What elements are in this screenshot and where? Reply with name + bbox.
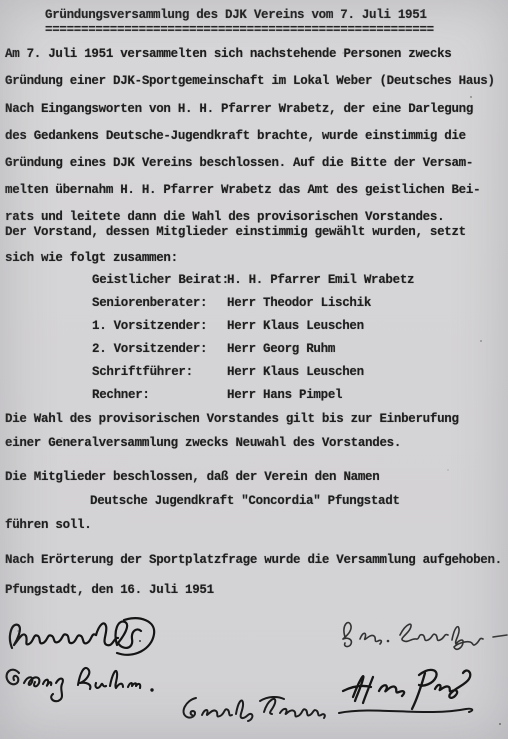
club-name-paragraph: Die Mitglieder beschlossen, daß der Vere…	[5, 465, 400, 537]
board-row: Rechner: Herr Hans Pimpel	[92, 384, 414, 407]
board-role: Seniorenberater:	[92, 292, 227, 315]
title-underline-rule: ========================================…	[45, 23, 434, 37]
board-row: Schriftführer: Herr Klaus Leuschen	[92, 361, 414, 384]
paragraph-line: führen soll.	[5, 513, 400, 537]
scanned-document: Gründungsversammlung des DJK Vereins vom…	[0, 0, 508, 739]
opening-paragraph: Nach Eingangsworten von H. H. Pfarrer Wr…	[5, 96, 480, 231]
board-list: Geistlicher Beirat: H. H. Pfarrer Emil W…	[92, 269, 414, 407]
election-validity-paragraph: Die Wahl des provisorischen Vorstandes g…	[5, 407, 459, 455]
dateline-text: Pfungstadt, den 16. Juli 1951	[5, 580, 214, 600]
intro-paragraph: Am 7. Juli 1951 versammelten sich nachst…	[5, 41, 495, 95]
paragraph-line: sich wie folgt zusammen:	[5, 245, 466, 271]
board-row: Geistlicher Beirat: H. H. Pfarrer Emil W…	[92, 269, 414, 292]
board-member-name: Herr Hans Pimpel	[227, 384, 342, 407]
board-row: Seniorenberater: Herr Theodor Lischik	[92, 292, 414, 315]
paragraph-line: melten übernahm H. H. Pfarrer Wrabetz da…	[5, 177, 480, 204]
board-row: 2. Vorsitzender: Herr Georg Ruhm	[92, 338, 414, 361]
closing-paragraph: Nach Erörterung der Sportplatzfrage wurd…	[5, 550, 502, 570]
board-member-name: Herr Klaus Leuschen	[227, 361, 364, 384]
club-name-line: Deutsche Jugendkraft "Concordia" Pfungst…	[5, 489, 400, 513]
paragraph-line: Die Mitglieder beschlossen, daß der Vere…	[5, 465, 400, 489]
dateline: Pfungstadt, den 16. Juli 1951	[5, 580, 214, 600]
board-role: 2. Vorsitzender:	[92, 338, 227, 361]
signature-klaus-leuschen	[330, 612, 508, 656]
board-member-name: Herr Georg Ruhm	[227, 338, 335, 361]
board-role: Rechner:	[92, 384, 227, 407]
board-intro-paragraph: Der Vorstand, dessen Mitglieder einstimm…	[5, 219, 466, 271]
closing-line: Nach Erörterung der Sportplatzfrage wurd…	[5, 550, 502, 570]
board-member-name: Herr Theodor Lischik	[227, 292, 371, 315]
paragraph-line: Am 7. Juli 1951 versammelten sich nachst…	[5, 41, 495, 68]
paragraph-line: einer Generalversammlung zwecks Neuwahl …	[5, 431, 459, 455]
signature-georg-ruhm	[2, 656, 172, 704]
signature-hans-pimpel	[330, 658, 494, 722]
paragraph-line: Gründung einer DJK-Sportgemeinschaft im …	[5, 68, 495, 95]
board-role: Geistlicher Beirat:	[92, 269, 227, 292]
signature-lischik-theodor	[174, 686, 342, 734]
paragraph-line: Gründung eines DJK Vereins beschlossen. …	[5, 150, 480, 177]
paragraph-line: des Gedankens Deutsche-Jugendkraft brach…	[5, 123, 480, 150]
paragraph-line: Nach Eingangsworten von H. H. Pfarrer Wr…	[5, 96, 480, 123]
paragraph-line: Der Vorstand, dessen Mitglieder einstimm…	[5, 219, 466, 245]
board-role: 1. Vorsitzender:	[92, 315, 227, 338]
board-row: 1. Vorsitzender: Herr Klaus Leuschen	[92, 315, 414, 338]
board-member-name: Herr Klaus Leuschen	[227, 315, 364, 338]
board-role: Schriftführer:	[92, 361, 227, 384]
document-title: Gründungsversammlung des DJK Vereins vom…	[45, 8, 427, 23]
paragraph-line: Die Wahl des provisorischen Vorstandes g…	[5, 407, 459, 431]
board-member-name: H. H. Pfarrer Emil Wrabetz	[227, 269, 414, 292]
